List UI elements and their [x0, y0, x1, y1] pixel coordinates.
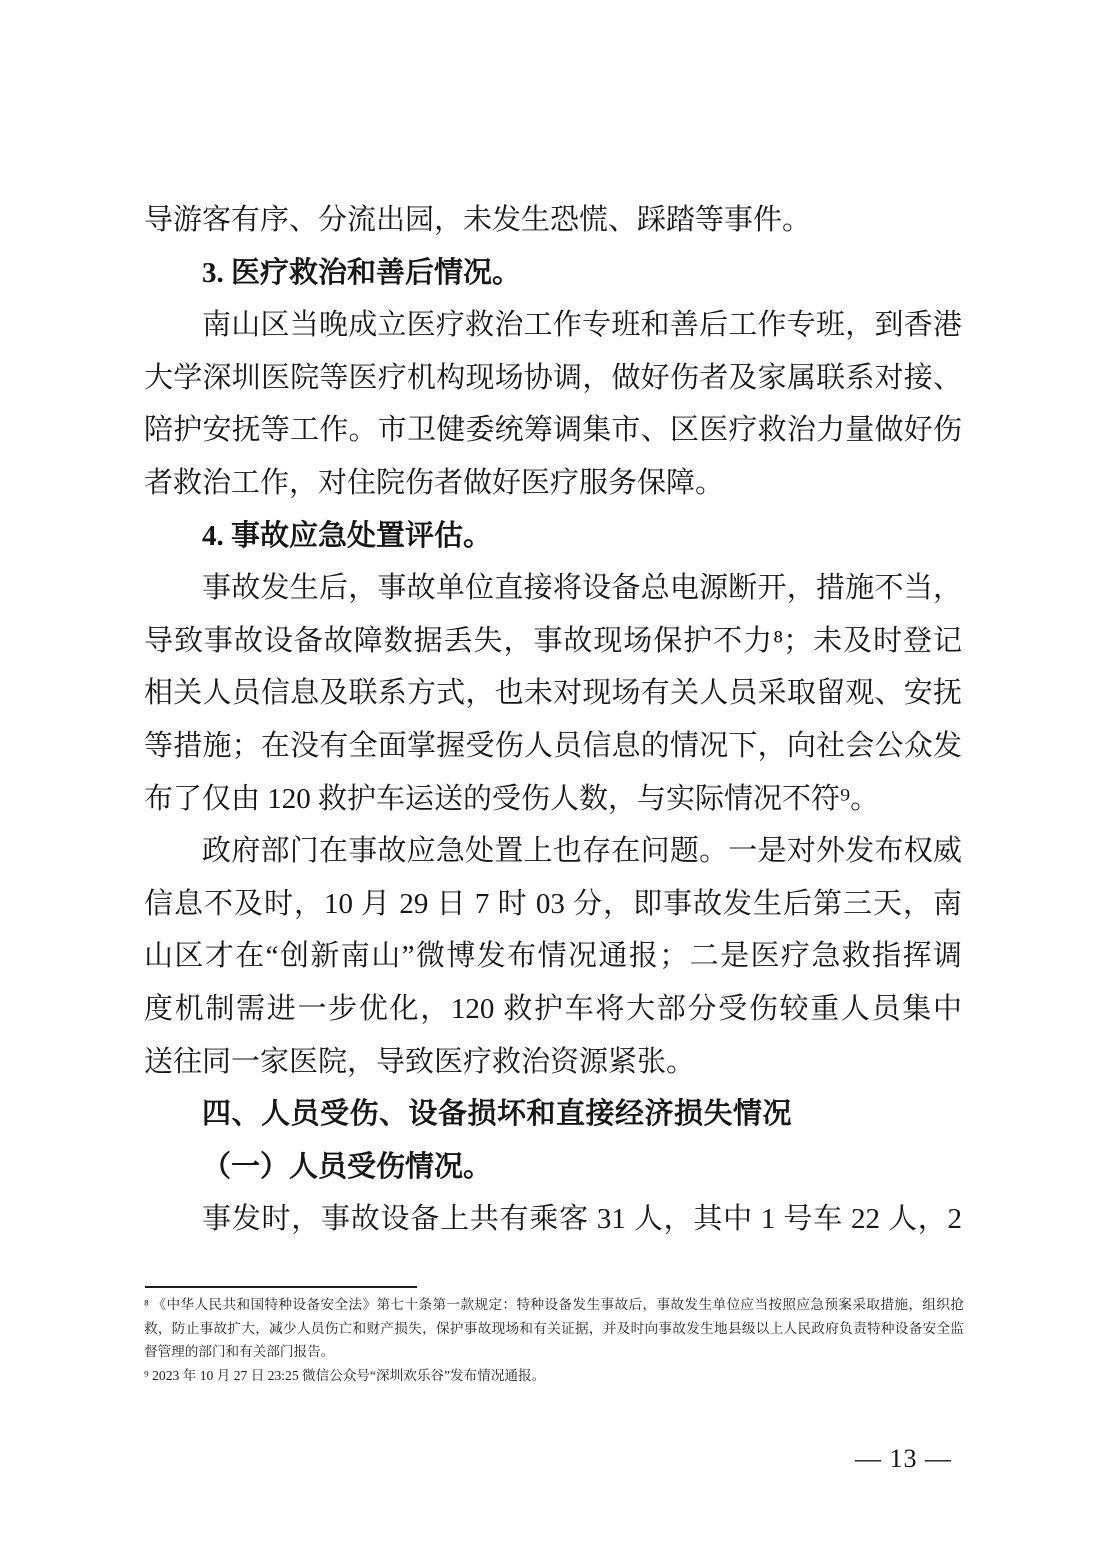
- text-line: 陪护安抚等工作。市卫健委统筹调集市、区医疗救治力量做好伤: [144, 404, 962, 457]
- heading-line: 4. 事故应急处置评估。: [144, 510, 962, 563]
- text-line: 送往同一家医院，导致医疗救治资源紧张。: [144, 1036, 962, 1089]
- text-line: 信息不及时，10 月 29 日 7 时 03 分，即事故发生后第三天，南: [144, 878, 962, 931]
- footnote-line: 督管理的部门和有关部门报告。: [144, 1340, 964, 1364]
- text-line: 导致事故设备故障数据丢失，事故现场保护不力⁸；未及时登记: [144, 615, 962, 668]
- text-line: 政府部门在事故应急处置上也存在问题。一是对外发布权威: [144, 825, 962, 878]
- footnotes-section: ⁸ 《中华人民共和国特种设备安全法》第七十条第一款规定：特种设备发生事故后，事故…: [144, 1293, 964, 1387]
- footnote-line: 救，防止事故扩大，减少人员伤亡和财产损失，保护事故现场和有关证据，并及时向事故发…: [144, 1317, 964, 1341]
- text-line: 者救治工作，对住院伤者做好医疗服务保障。: [144, 457, 962, 510]
- text-line: 事故发生后，事故单位直接将设备总电源断开，措施不当，: [144, 562, 962, 615]
- heading-line: （一）人员受伤情况。: [144, 1141, 962, 1194]
- text-line: 大学深圳医院等医疗机构现场协调，做好伤者及家属联系对接、: [144, 352, 962, 405]
- footnote-line: ⁸ 《中华人民共和国特种设备安全法》第七十条第一款规定：特种设备发生事故后，事故…: [144, 1293, 964, 1317]
- text-line: 事发时，事故设备上共有乘客 31 人，其中 1 号车 22 人，2: [144, 1193, 962, 1246]
- text-line: 导游客有序、分流出园，未发生恐慌、踩踏等事件。: [144, 194, 962, 247]
- page-number: — 13 —: [855, 1443, 952, 1475]
- text-line: 等措施；在没有全面掌握受伤人员信息的情况下，向社会公众发: [144, 720, 962, 773]
- text-line: 度机制需进一步优化，120 救护车将大部分受伤较重人员集中: [144, 983, 962, 1036]
- footnote-line: ⁹ 2023 年 10 月 27 日 23:25 微信公众号“深圳欢乐谷”发布情…: [144, 1364, 964, 1388]
- document-body: 导游客有序、分流出园，未发生恐慌、踩踏等事件。3. 医疗救治和善后情况。南山区当…: [144, 194, 962, 1246]
- text-line: 相关人员信息及联系方式，也未对现场有关人员采取留观、安抚: [144, 667, 962, 720]
- text-line: 布了仅由 120 救护车运送的受伤人数，与实际情况不符⁹。: [144, 773, 962, 826]
- document-page: 导游客有序、分流出园，未发生恐慌、踩踏等事件。3. 医疗救治和善后情况。南山区当…: [0, 0, 1102, 1559]
- heading-line: 四、人员受伤、设备损坏和直接经济损失情况: [144, 1088, 962, 1141]
- footnote-separator: [145, 1286, 417, 1288]
- text-line: 山区才在“创新南山”微博发布情况通报；二是医疗急救指挥调: [144, 930, 962, 983]
- text-line: 南山区当晚成立医疗救治工作专班和善后工作专班，到香港: [144, 299, 962, 352]
- heading-line: 3. 医疗救治和善后情况。: [144, 247, 962, 300]
